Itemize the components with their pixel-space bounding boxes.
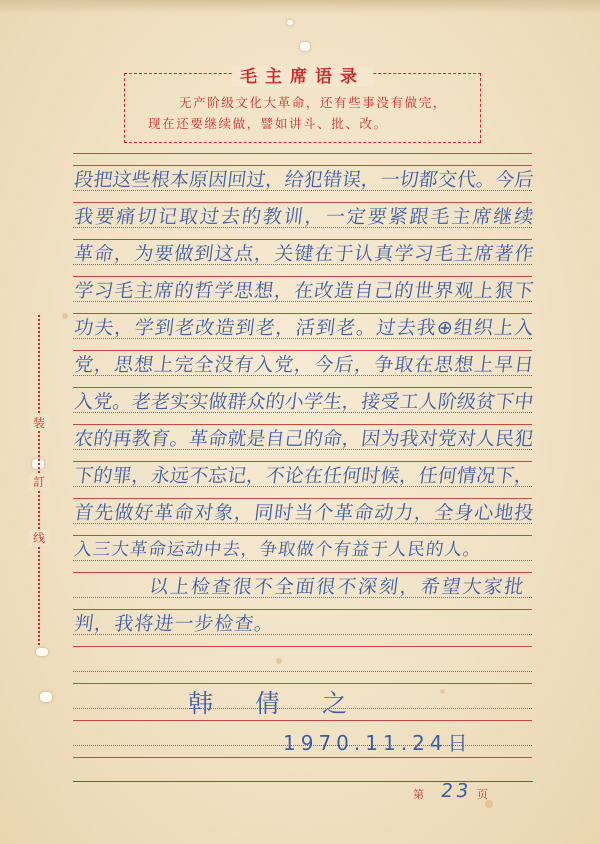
binding-char-zhuang: 装 (29, 415, 49, 431)
paper-hole (36, 648, 48, 656)
quotation-line: 现在还要继续做，譬如讲斗、批、改。 (148, 116, 388, 132)
handwritten-line: 段把这些根本原因回过，给犯错误，一切都交代。今后 (73, 169, 535, 191)
handwritten-line: 党，思想上完全没有入党，今后，争取在思想上早日 (73, 354, 535, 376)
quotation-line: 无产阶级文化大革命，还有些事没有做完， (179, 95, 447, 111)
ruled-row: 1970.11.24日 (73, 720, 532, 757)
ruled-row (73, 646, 532, 683)
paper-hole (40, 692, 52, 702)
ruled-row: 以上检查很不全面很不深刻，希望大家批 (73, 572, 532, 609)
ruled-row: 段把这些根本原因回过，给犯错误，一切都交代。今后 (73, 165, 532, 202)
handwritten-line: 以上检查很不全面很不深刻，希望大家批 (148, 576, 525, 598)
binding-char-ding: 訂 (29, 474, 49, 490)
ruled-row: 判，我将进一步检查。 (73, 609, 532, 646)
paper-stain (62, 313, 68, 319)
handwritten-line: 我要痛切记取过去的教训，一定要紧跟毛主席继续 (73, 206, 535, 228)
ruled-row: 农的再教育。革命就是自己的命，因为我对党对人民犯 (73, 424, 532, 461)
handwritten-line: 功夫，学到老改造到老，活到老。过去我⊕组织上入 (73, 317, 535, 339)
page-number-suffix: 页 (477, 786, 488, 802)
handwritten-line: 学习毛主席的哲学思想，在改造自己的世界观上狠下 (73, 280, 535, 302)
handwritten-line: 入党。老老实实做群众的小学生，接受工人阶级贫下中 (73, 391, 535, 413)
ruled-row: 党，思想上完全没有入党，今后，争取在思想上早日 (73, 350, 532, 387)
ruled-row: 下的罪，永远不忘记，不论在任何时候，任何情况下， (73, 461, 532, 498)
document-page: 装 訂 线 毛主席语录 无产阶级文化大革命，还有些事没有做完， 现在还要继续做，… (0, 0, 600, 844)
ruled-row: 首先做好革命对象，同时当个革命动力，全身心地投 (73, 498, 532, 535)
ruled-row: 革命，为要做到这点，关键在于认真学习毛主席著作 (73, 239, 532, 276)
page-number-prefix: 第 (413, 786, 424, 802)
ruled-row: 学习毛主席的哲学思想，在改造自己的世界观上狠下 (73, 276, 532, 313)
paper-hole (287, 20, 293, 25)
paper-top-edge (0, 0, 600, 14)
paper-hole (300, 42, 310, 51)
ruled-row: 韩倩之 (73, 683, 532, 720)
quotation-title-text: 毛主席语录 (232, 67, 373, 87)
quotation-title: 毛主席语录 (125, 62, 480, 87)
signature-date: 1970.11.24日 (283, 727, 473, 756)
mao-quotation-box: 毛主席语录 无产阶级文化大革命，还有些事没有做完， 现在还要继续做，譬如讲斗、批… (124, 73, 481, 143)
handwritten-line: 判，我将进一步检查。 (73, 613, 276, 635)
ruled-row: 我要痛切记取过去的教训，一定要紧跟毛主席继续 (73, 202, 532, 239)
ruled-writing-area: 段把这些根本原因回过，给犯错误，一切都交代。今后 我要痛切记取过去的教训，一定要… (73, 165, 532, 758)
ruled-row: 入党。老老实实做群众的小学生，接受工人阶级贫下中 (73, 387, 532, 424)
handwritten-line: 入三大革命运动中去，争取做个有益于人民的人。 (73, 539, 483, 561)
binding-char-xian: 线 (29, 530, 49, 546)
ruled-row: 入三大革命运动中去，争取做个有益于人民的人。 (73, 535, 532, 572)
page-number: 23 (439, 780, 472, 802)
handwritten-line: 首先做好革命对象，同时当个革命动力，全身心地投 (73, 502, 535, 524)
top-rule-line (73, 153, 532, 154)
handwritten-line: 革命，为要做到这点，关键在于认真学习毛主席著作 (73, 243, 535, 265)
ruled-row: 功夫，学到老改造到老，活到老。过去我⊕组织上入 (73, 313, 532, 350)
signature-name: 韩倩之 (188, 684, 389, 720)
handwritten-line: 农的再教育。革命就是自己的命，因为我对党对人民犯 (73, 428, 535, 450)
handwritten-line: 下的罪，永远不忘记，不论在任何时候，任何情况下， (73, 465, 535, 487)
